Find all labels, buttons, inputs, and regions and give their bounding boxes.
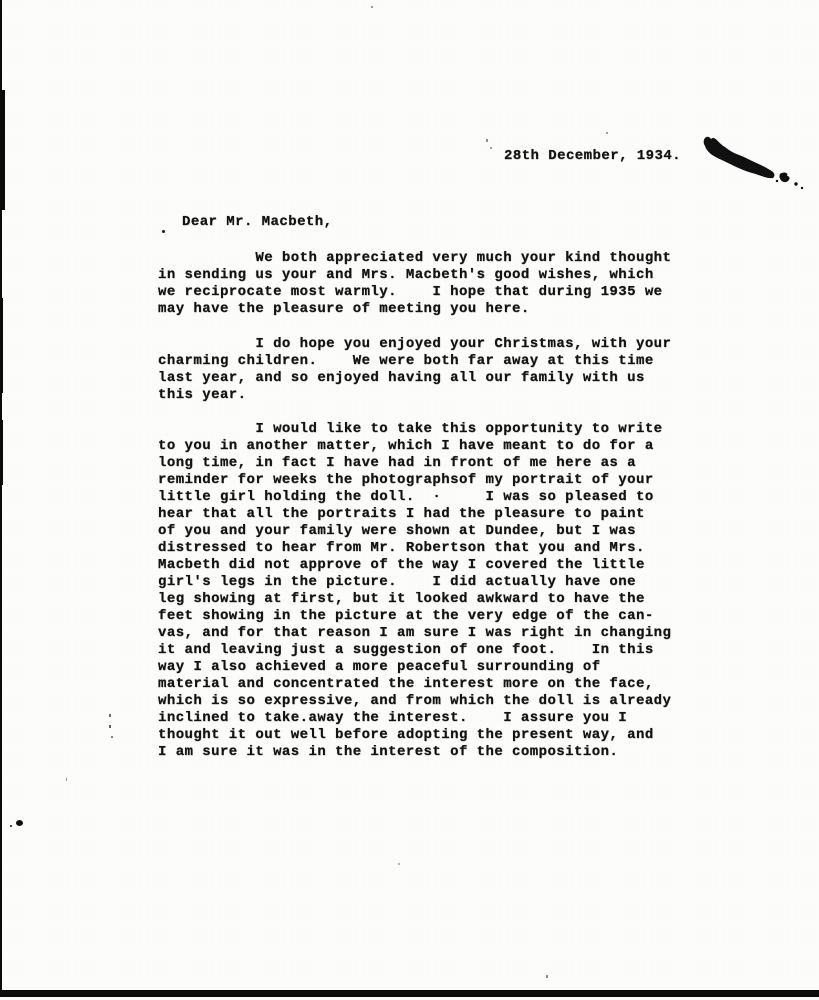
scan-edge-left-streak bbox=[0, 420, 3, 485]
paragraph-christmas: I do hope you enjoyed your Christmas, wi… bbox=[158, 336, 693, 404]
scan-speck bbox=[371, 6, 373, 8]
scan-speck bbox=[398, 863, 400, 865]
salutation: Dear Mr. Macbeth, bbox=[182, 214, 332, 231]
scan-edge-left-streak bbox=[0, 298, 3, 393]
date-line: 28th December, 1934. bbox=[504, 148, 681, 165]
scan-speck bbox=[162, 230, 165, 233]
scan-speck bbox=[546, 975, 548, 978]
ink-dot-mark bbox=[16, 820, 23, 826]
scan-speck bbox=[606, 132, 608, 134]
paragraph-greeting-thanks: We both appreciated very much your kind … bbox=[158, 250, 693, 318]
letter-body: We both appreciated very much your kind … bbox=[158, 250, 693, 761]
scanned-letter-page: 28th December, 1934. Dear Mr. Macbeth, W… bbox=[0, 0, 819, 1000]
scan-speck bbox=[109, 714, 111, 717]
scan-speck bbox=[66, 778, 67, 781]
scan-edge-bottom bbox=[0, 990, 819, 997]
ink-smudge-icon bbox=[693, 132, 808, 194]
scan-edge-left-thick bbox=[0, 90, 5, 210]
scan-speck bbox=[490, 147, 492, 149]
scan-speck bbox=[10, 825, 12, 827]
scan-speck bbox=[111, 736, 113, 738]
scan-speck bbox=[109, 725, 111, 728]
scan-speck bbox=[486, 139, 488, 142]
paragraph-portrait: I would like to take this opportunity to… bbox=[158, 421, 693, 761]
